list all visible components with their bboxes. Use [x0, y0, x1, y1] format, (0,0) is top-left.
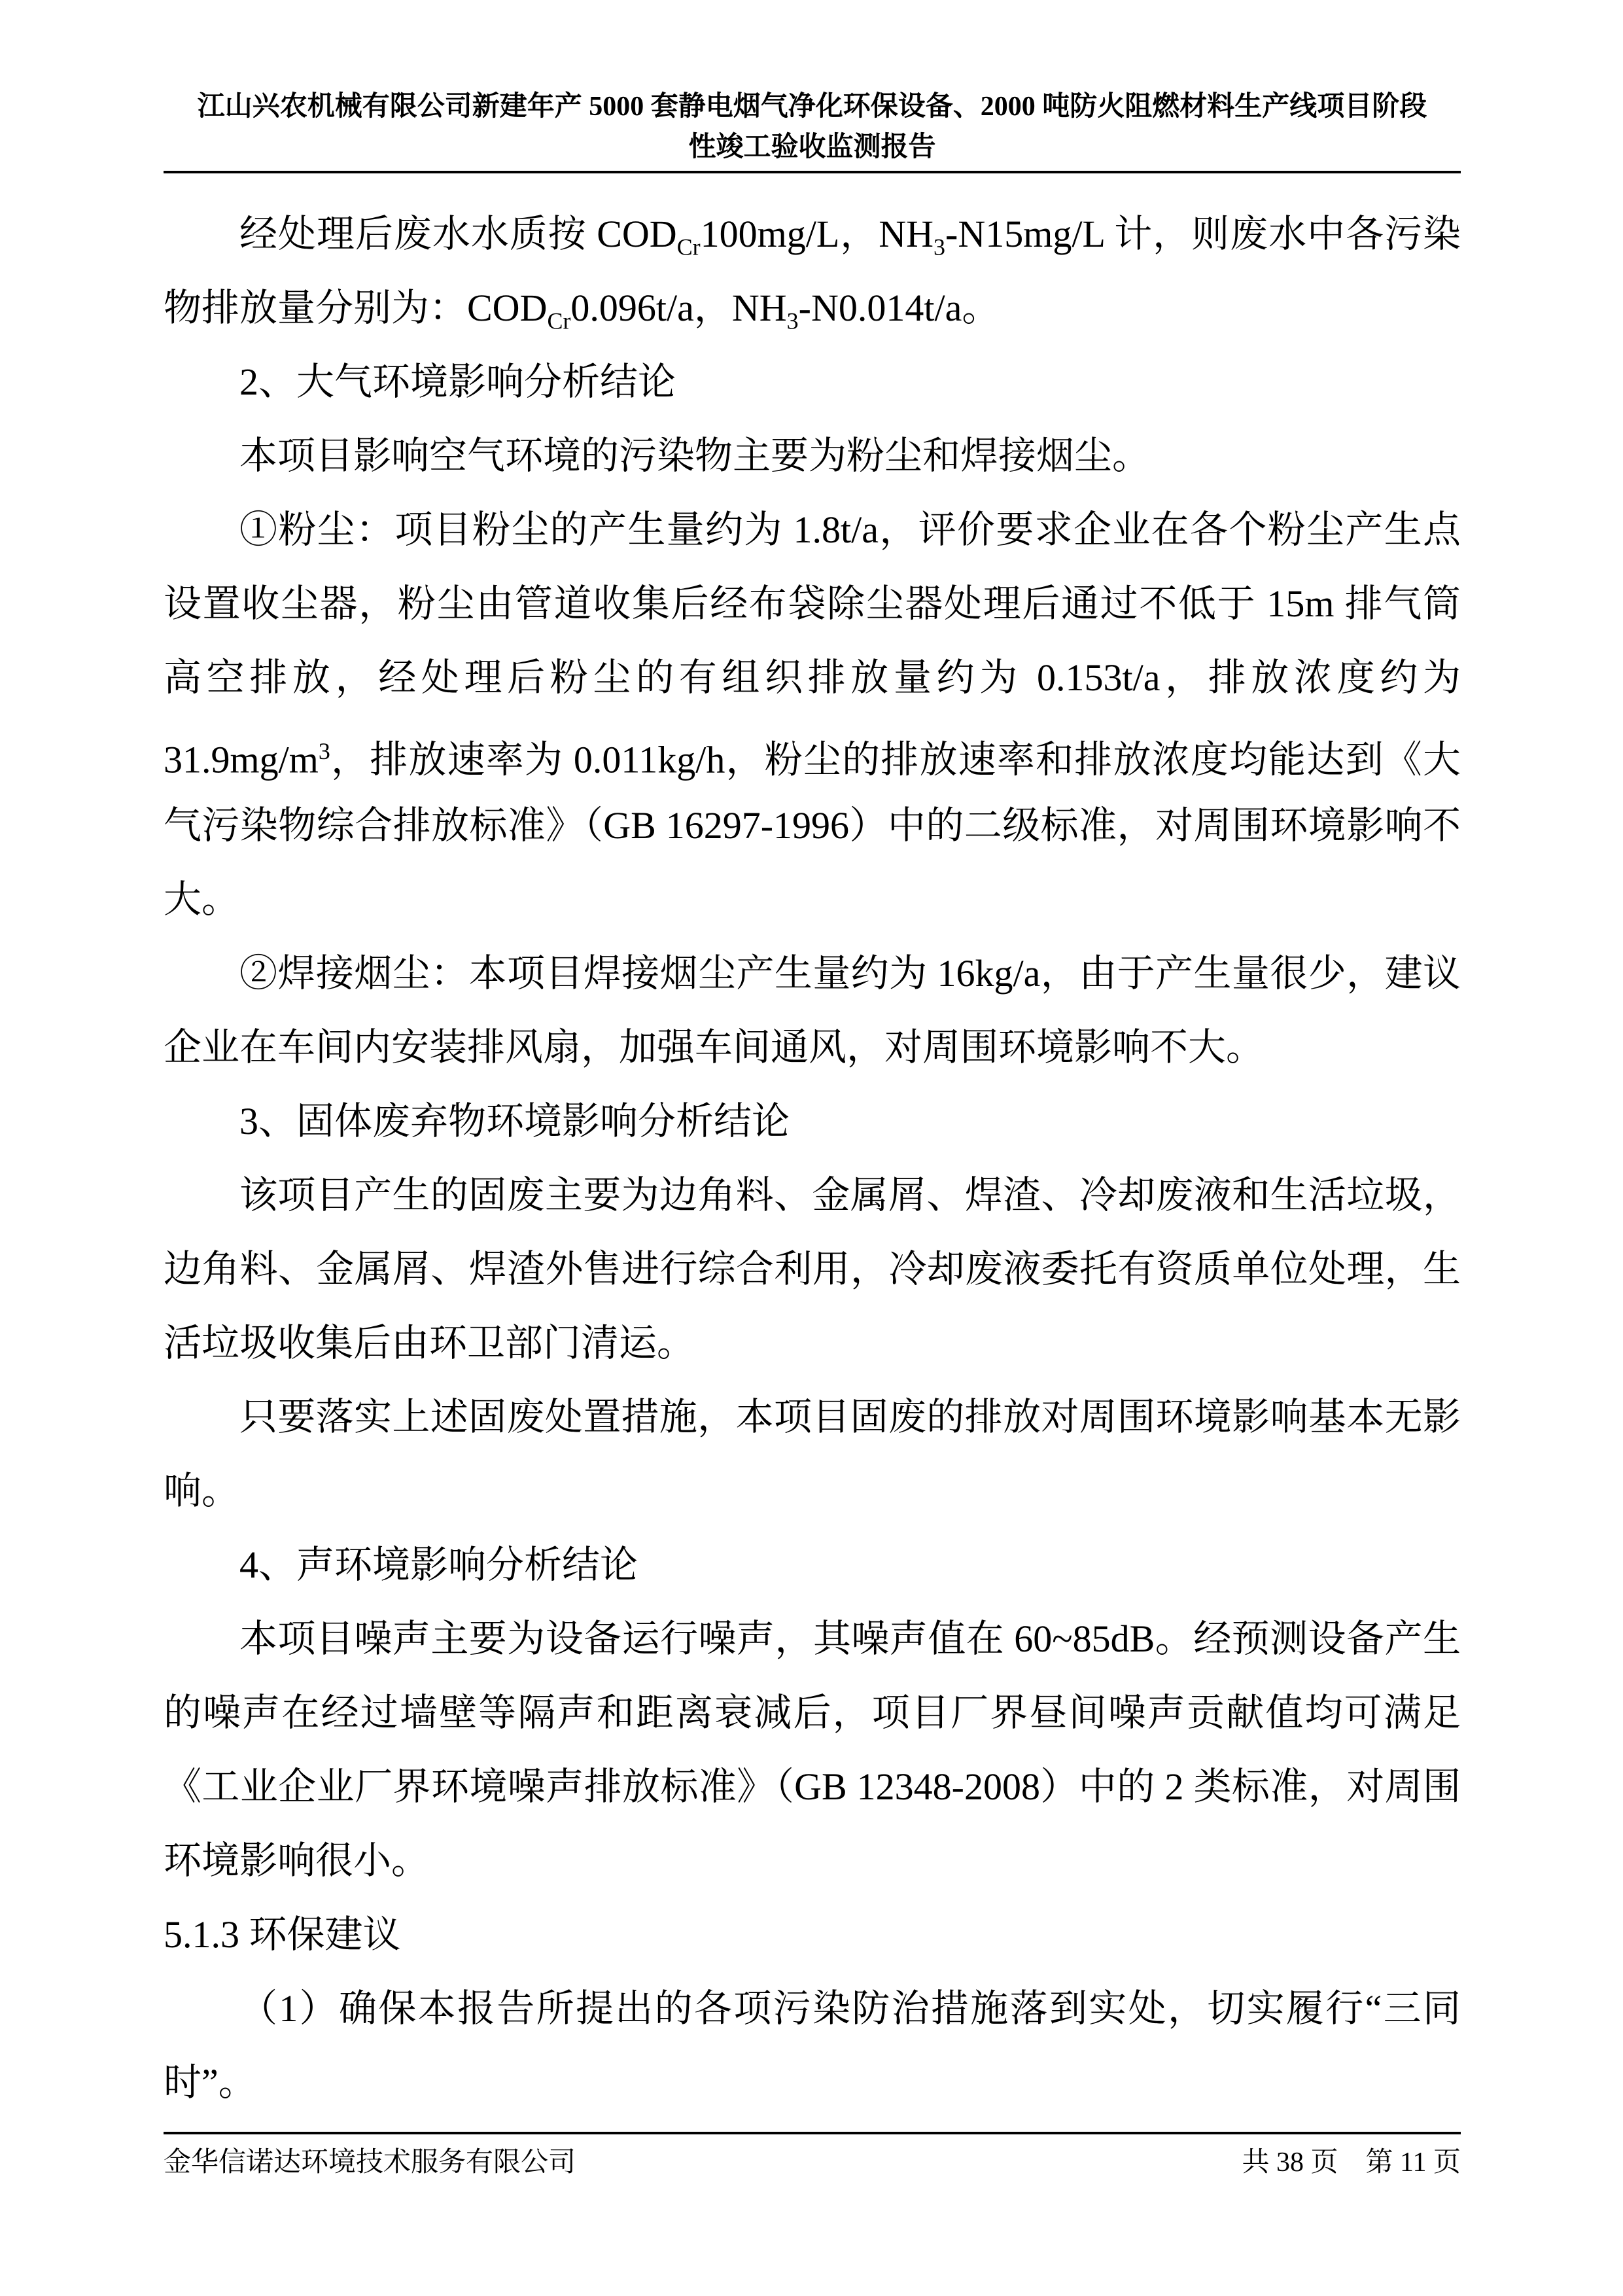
text-run: -N15mg/L 计，则废水中各污染	[945, 213, 1461, 255]
text-run: 响。	[164, 1470, 239, 1512]
report-title-line-2: 性竣工验收监测报告	[164, 127, 1461, 168]
body-line: 边角料、金属屑、焊渣外售进行综合利用，冷却废液委托有资质单位处理，生	[164, 1232, 1461, 1306]
text-run: 企业在车间内安装排风扇，加强车间通风，对周围环境影响不大。	[164, 1026, 1264, 1069]
text-run: ②焊接烟尘：本项目焊接烟尘产生量约为 16kg/a，由于产生量很少，建议	[239, 952, 1461, 995]
body-line: 3、固体废弃物环境影响分析结论	[164, 1084, 1461, 1158]
text-run: ，排放速率为 0.011kg/h，粉尘的排放速率和排放浓度均能达到《大	[330, 738, 1461, 781]
text-run: 2、大气环境影响分析结论	[239, 361, 676, 403]
text-run: ①粉尘：项目粉尘的产生量约为 1.8t/a，评价要求企业在各个粉尘产生点	[239, 508, 1461, 551]
text-run: 物排放量分别为：COD	[164, 287, 547, 329]
body-line: （1）确保本报告所提出的各项污染防治措施落到实处，切实履行“三同	[164, 1971, 1461, 2045]
body-line: ①粉尘：项目粉尘的产生量约为 1.8t/a，评价要求企业在各个粉尘产生点	[164, 493, 1461, 567]
body-line: 物排放量分别为：CODCr0.096t/a，NH3-N0.014t/a。	[164, 271, 1461, 345]
text-supscript: 3	[319, 738, 330, 764]
body-line: 经处理后废水水质按 CODCr100mg/L，NH3-N15mg/L 计，则废水…	[164, 197, 1461, 271]
text-run: 高空排放，经处理后粉尘的有组织排放量约为 0.153t/a，排放浓度约为	[164, 656, 1461, 699]
report-body: 经处理后废水水质按 CODCr100mg/L，NH3-N15mg/L 计，则废水…	[164, 197, 1461, 2119]
text-run: 该项目产生的固废主要为边角料、金属屑、焊渣、冷却废液和生活垃圾，	[239, 1174, 1461, 1216]
body-line: 活垃圾收集后由环卫部门清运。	[164, 1306, 1461, 1380]
text-run: 环境影响很小。	[164, 1839, 429, 1882]
footer-company: 金华信诺达环境技术服务有限公司	[164, 2146, 576, 2179]
text-run: 的噪声在经过墙壁等隔声和距离衰减后，项目厂界昼间噪声贡献值均可满足	[164, 1691, 1461, 1734]
body-line: 4、声环境影响分析结论	[164, 1528, 1461, 1602]
body-line: 该项目产生的固废主要为边角料、金属屑、焊渣、冷却废液和生活垃圾，	[164, 1158, 1461, 1232]
text-run: 5.1.3 环保建议	[164, 1913, 401, 1956]
text-run: 《工业企业厂界环境噪声排放标准》（GB 12348-2008）中的 2 类标准，…	[164, 1765, 1461, 1808]
text-subscript: Cr	[677, 234, 701, 260]
body-line: 《工业企业厂界环境噪声排放标准》（GB 12348-2008）中的 2 类标准，…	[164, 1750, 1461, 1824]
report-title-header: 江山兴农机械有限公司新建年产 5000 套静电烟气净化环保设备、2000 吨防火…	[164, 86, 1461, 173]
body-line: ②焊接烟尘：本项目焊接烟尘产生量约为 16kg/a，由于产生量很少，建议	[164, 936, 1461, 1010]
text-run: 大。	[164, 878, 239, 921]
text-run: 活垃圾收集后由环卫部门清运。	[164, 1322, 695, 1364]
body-line: 本项目噪声主要为设备运行噪声，其噪声值在 60~85dB。经预测设备产生	[164, 1602, 1461, 1676]
body-line: 响。	[164, 1454, 1461, 1528]
body-line: 的噪声在经过墙壁等隔声和距离衰减后，项目厂界昼间噪声贡献值均可满足	[164, 1676, 1461, 1750]
document-page: 江山兴农机械有限公司新建年产 5000 套静电烟气净化环保设备、2000 吨防火…	[0, 0, 1623, 2296]
text-run: 时”。	[164, 2061, 256, 2104]
body-line: 企业在车间内安装排风扇，加强车间通风，对周围环境影响不大。	[164, 1010, 1461, 1084]
text-run: 只要落实上述固废处置措施，本项目固废的排放对周围环境影响基本无影	[239, 1396, 1461, 1438]
text-run: 100mg/L，NH	[701, 213, 934, 255]
text-run: 气污染物综合排放标准》（GB 16297-1996）中的二级标准，对周围环境影响…	[164, 804, 1461, 847]
text-run: 本项目影响空气环境的污染物主要为粉尘和焊接烟尘。	[239, 434, 1150, 477]
body-line: 只要落实上述固废处置措施，本项目固废的排放对周围环境影响基本无影	[164, 1380, 1461, 1454]
text-subscript: 3	[787, 308, 799, 334]
text-run: （1）确保本报告所提出的各项污染防治措施落到实处，切实履行“三同	[239, 1987, 1461, 2030]
body-line: 本项目影响空气环境的污染物主要为粉尘和焊接烟尘。	[164, 419, 1461, 493]
text-run: 31.9mg/m	[164, 738, 319, 781]
report-title-line-1: 江山兴农机械有限公司新建年产 5000 套静电烟气净化环保设备、2000 吨防火…	[164, 86, 1461, 127]
body-line: 高空排放，经处理后粉尘的有组织排放量约为 0.153t/a，排放浓度约为	[164, 641, 1461, 715]
page-footer: 金华信诺达环境技术服务有限公司 共 38 页 第 11 页	[164, 2132, 1461, 2179]
footer-page-numbers: 共 38 页 第 11 页	[1242, 2146, 1461, 2179]
text-run: 0.096t/a，NH	[570, 287, 786, 329]
body-line: 环境影响很小。	[164, 1824, 1461, 1898]
text-subscript: 3	[934, 234, 945, 260]
body-line: 2、大气环境影响分析结论	[164, 345, 1461, 419]
body-line: 大。	[164, 862, 1461, 936]
text-run: 边角料、金属屑、焊渣外售进行综合利用，冷却废液委托有资质单位处理，生	[164, 1248, 1461, 1290]
text-run: -N0.014t/a。	[799, 287, 1000, 329]
body-line: 气污染物综合排放标准》（GB 16297-1996）中的二级标准，对周围环境影响…	[164, 788, 1461, 862]
text-run: 设置收尘器，粉尘由管道收集后经布袋除尘器处理后通过不低于 15m 排气筒	[164, 582, 1461, 625]
text-run: 本项目噪声主要为设备运行噪声，其噪声值在 60~85dB。经预测设备产生	[239, 1617, 1461, 1660]
body-line: 5.1.3 环保建议	[164, 1898, 1461, 1971]
text-run: 4、声环境影响分析结论	[239, 1544, 638, 1586]
body-line: 设置收尘器，粉尘由管道收集后经布袋除尘器处理后通过不低于 15m 排气筒	[164, 567, 1461, 641]
text-subscript: Cr	[547, 308, 570, 334]
body-line: 31.9mg/m3，排放速率为 0.011kg/h，粉尘的排放速率和排放浓度均能…	[164, 715, 1461, 788]
body-line: 时”。	[164, 2045, 1461, 2119]
text-run: 经处理后废水水质按 COD	[239, 213, 677, 255]
text-run: 3、固体废弃物环境影响分析结论	[239, 1100, 790, 1142]
